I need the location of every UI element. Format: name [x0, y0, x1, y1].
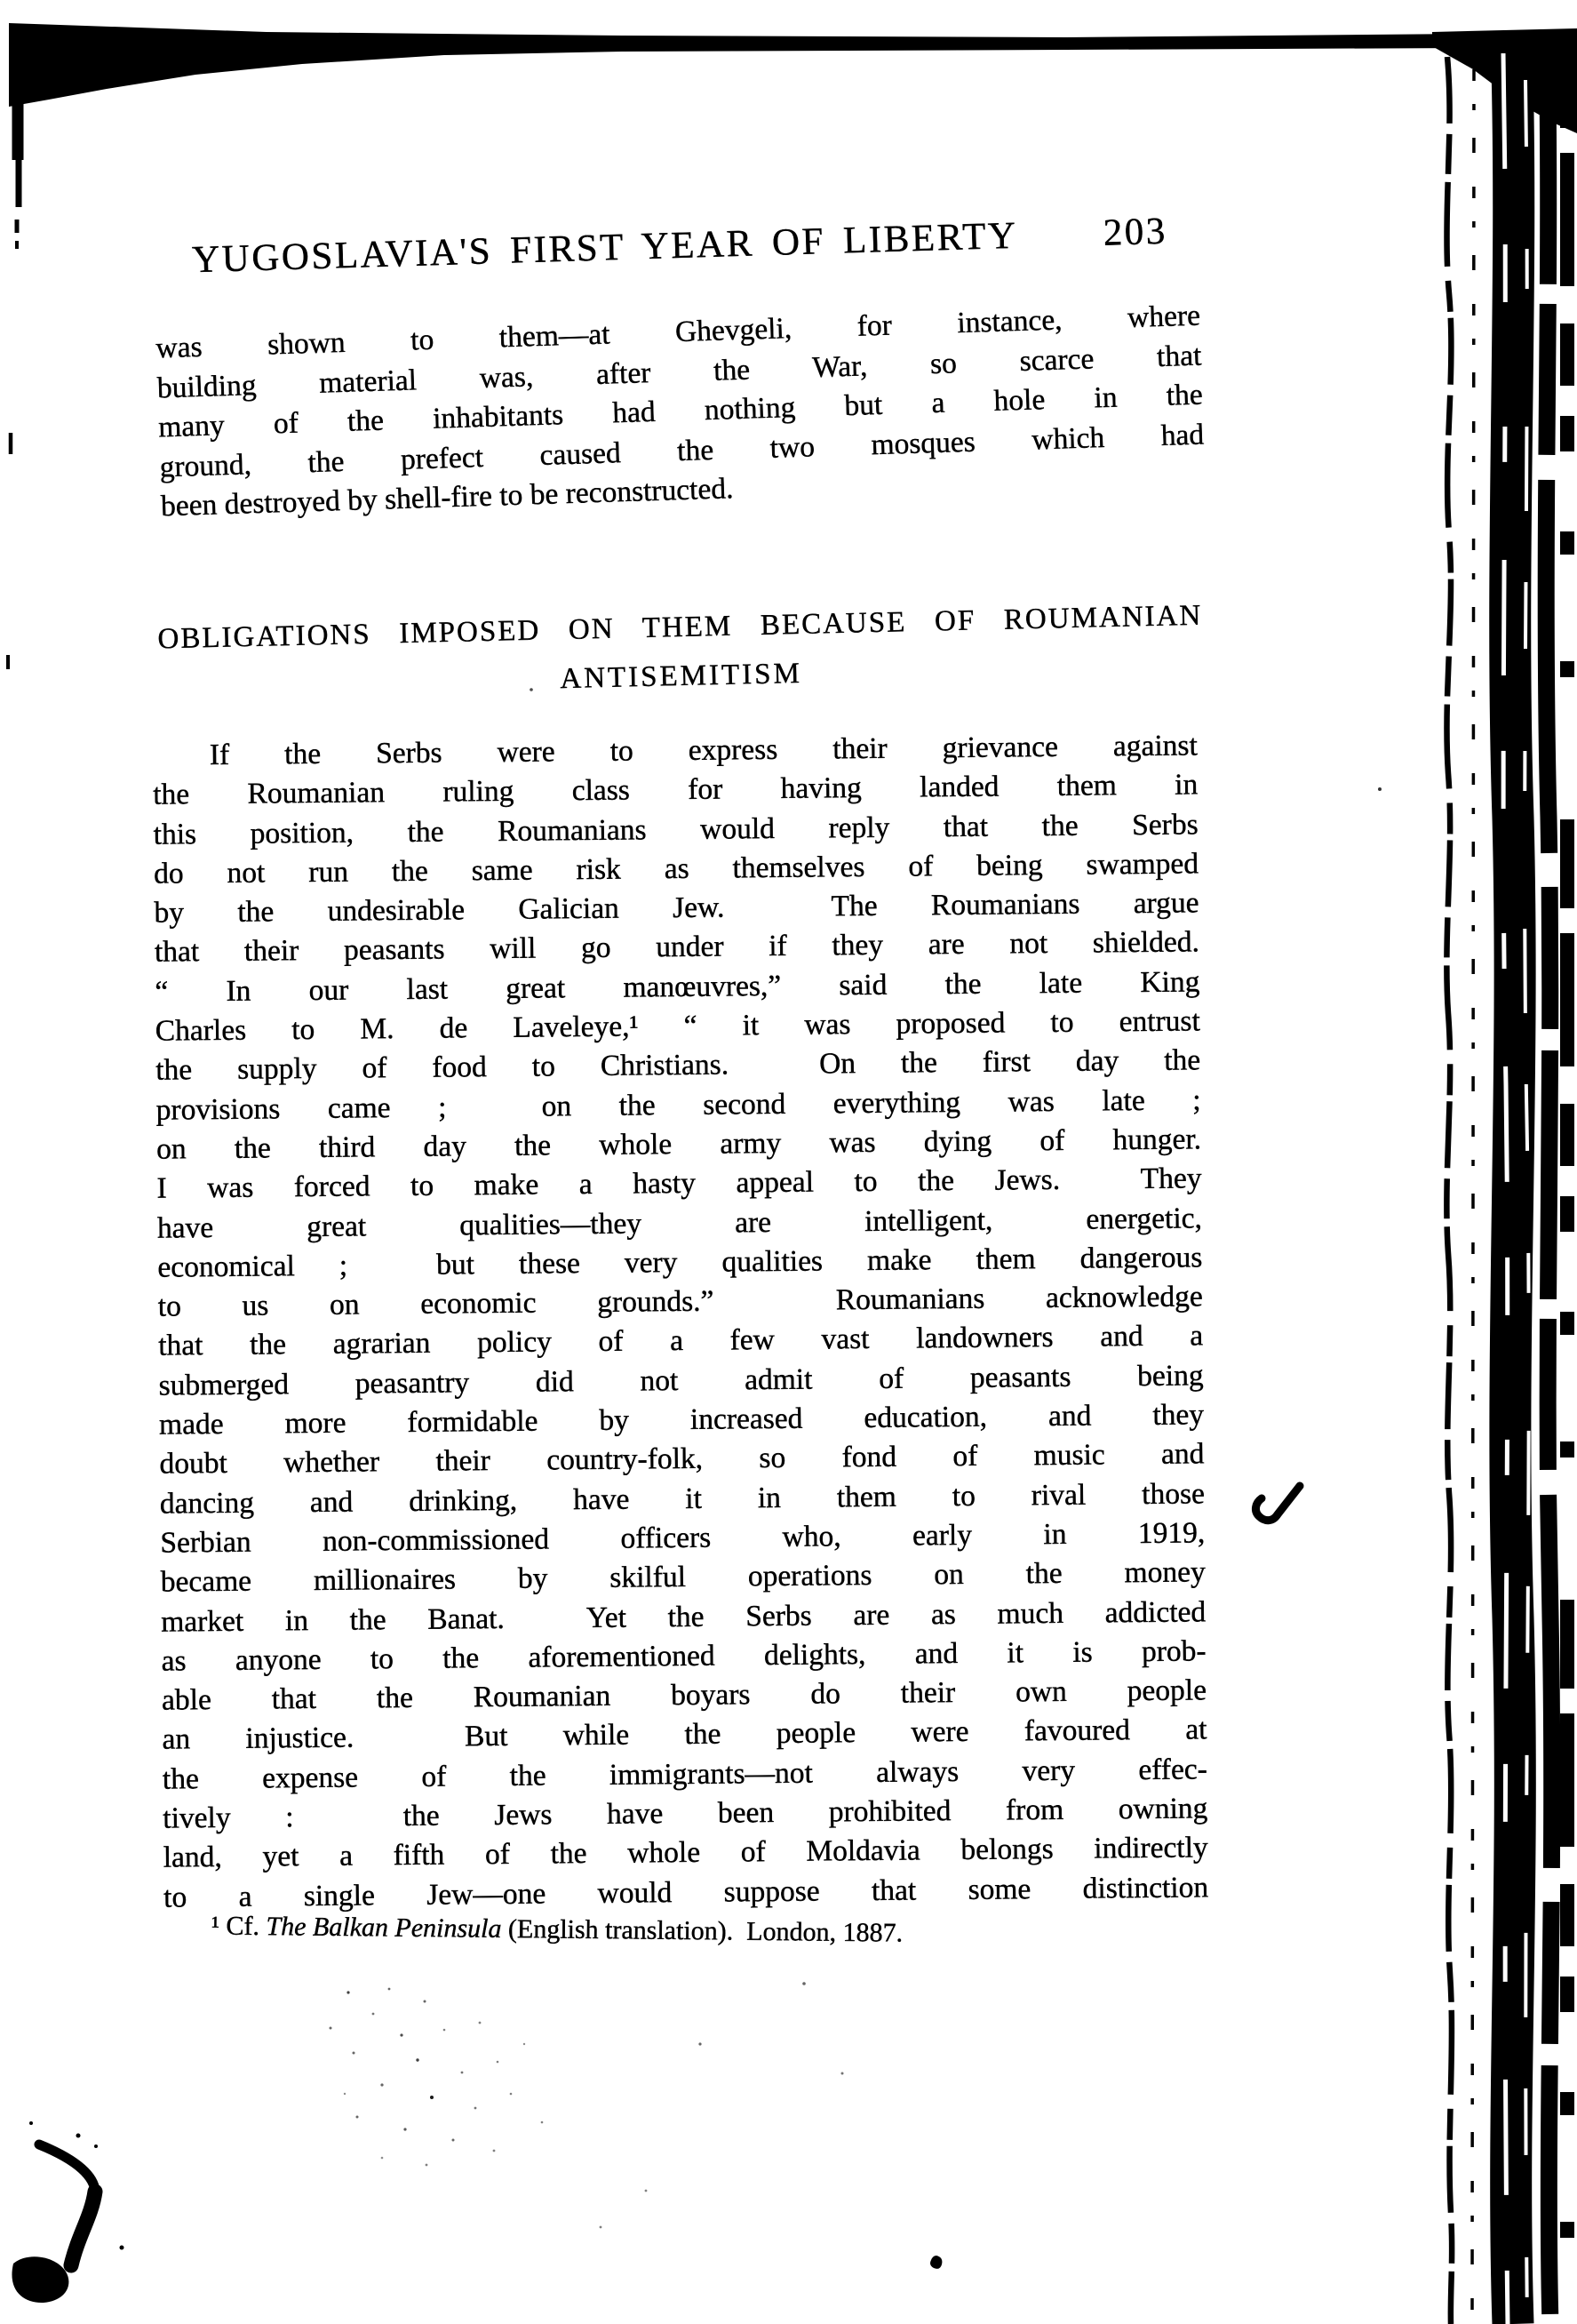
top-edge-shadow: [9, 23, 1468, 107]
book-page: YUGOSLAVIA'S FIRST YEAR OF LIBERTY 203 w…: [0, 0, 1577, 2324]
paragraph-continuation: was shown to them—at Ghevgeli, for insta…: [155, 297, 1206, 528]
footnote-marker: ¹ Cf.: [211, 1911, 267, 1941]
left-edge-shadow: [8, 39, 19, 669]
top-right-corner-shadow: [1432, 28, 1577, 133]
footnote-suffix: (English translation). London, 1887.: [501, 1914, 903, 1948]
footnote-work-title: The Balkan Peninsula: [266, 1912, 501, 1944]
section-heading: OBLIGATIONS IMPOSED ON THEM BECAUSE OF R…: [157, 598, 1204, 707]
footnote: ¹ Cf. The Balkan Peninsula (English tran…: [158, 1908, 1203, 1954]
section-heading-line2: ANTISEMITISM: [158, 647, 1204, 707]
running-title: YUGOSLAVIA'S FIRST YEAR OF LIBERTY: [192, 214, 1019, 283]
main-paragraph: If the Serbs were to express their griev…: [153, 726, 1209, 1917]
running-header: YUGOSLAVIA'S FIRST YEAR OF LIBERTY 203: [192, 210, 1168, 283]
section-heading-line1: OBLIGATIONS IMPOSED ON THEM BECAUSE OF R…: [157, 598, 1203, 658]
page-number: 203: [1103, 210, 1167, 255]
page-curl-mark: [12, 2121, 123, 2303]
handwritten-checkmark: [1255, 1486, 1300, 1521]
right-binding-shadow: [1446, 36, 1567, 2324]
